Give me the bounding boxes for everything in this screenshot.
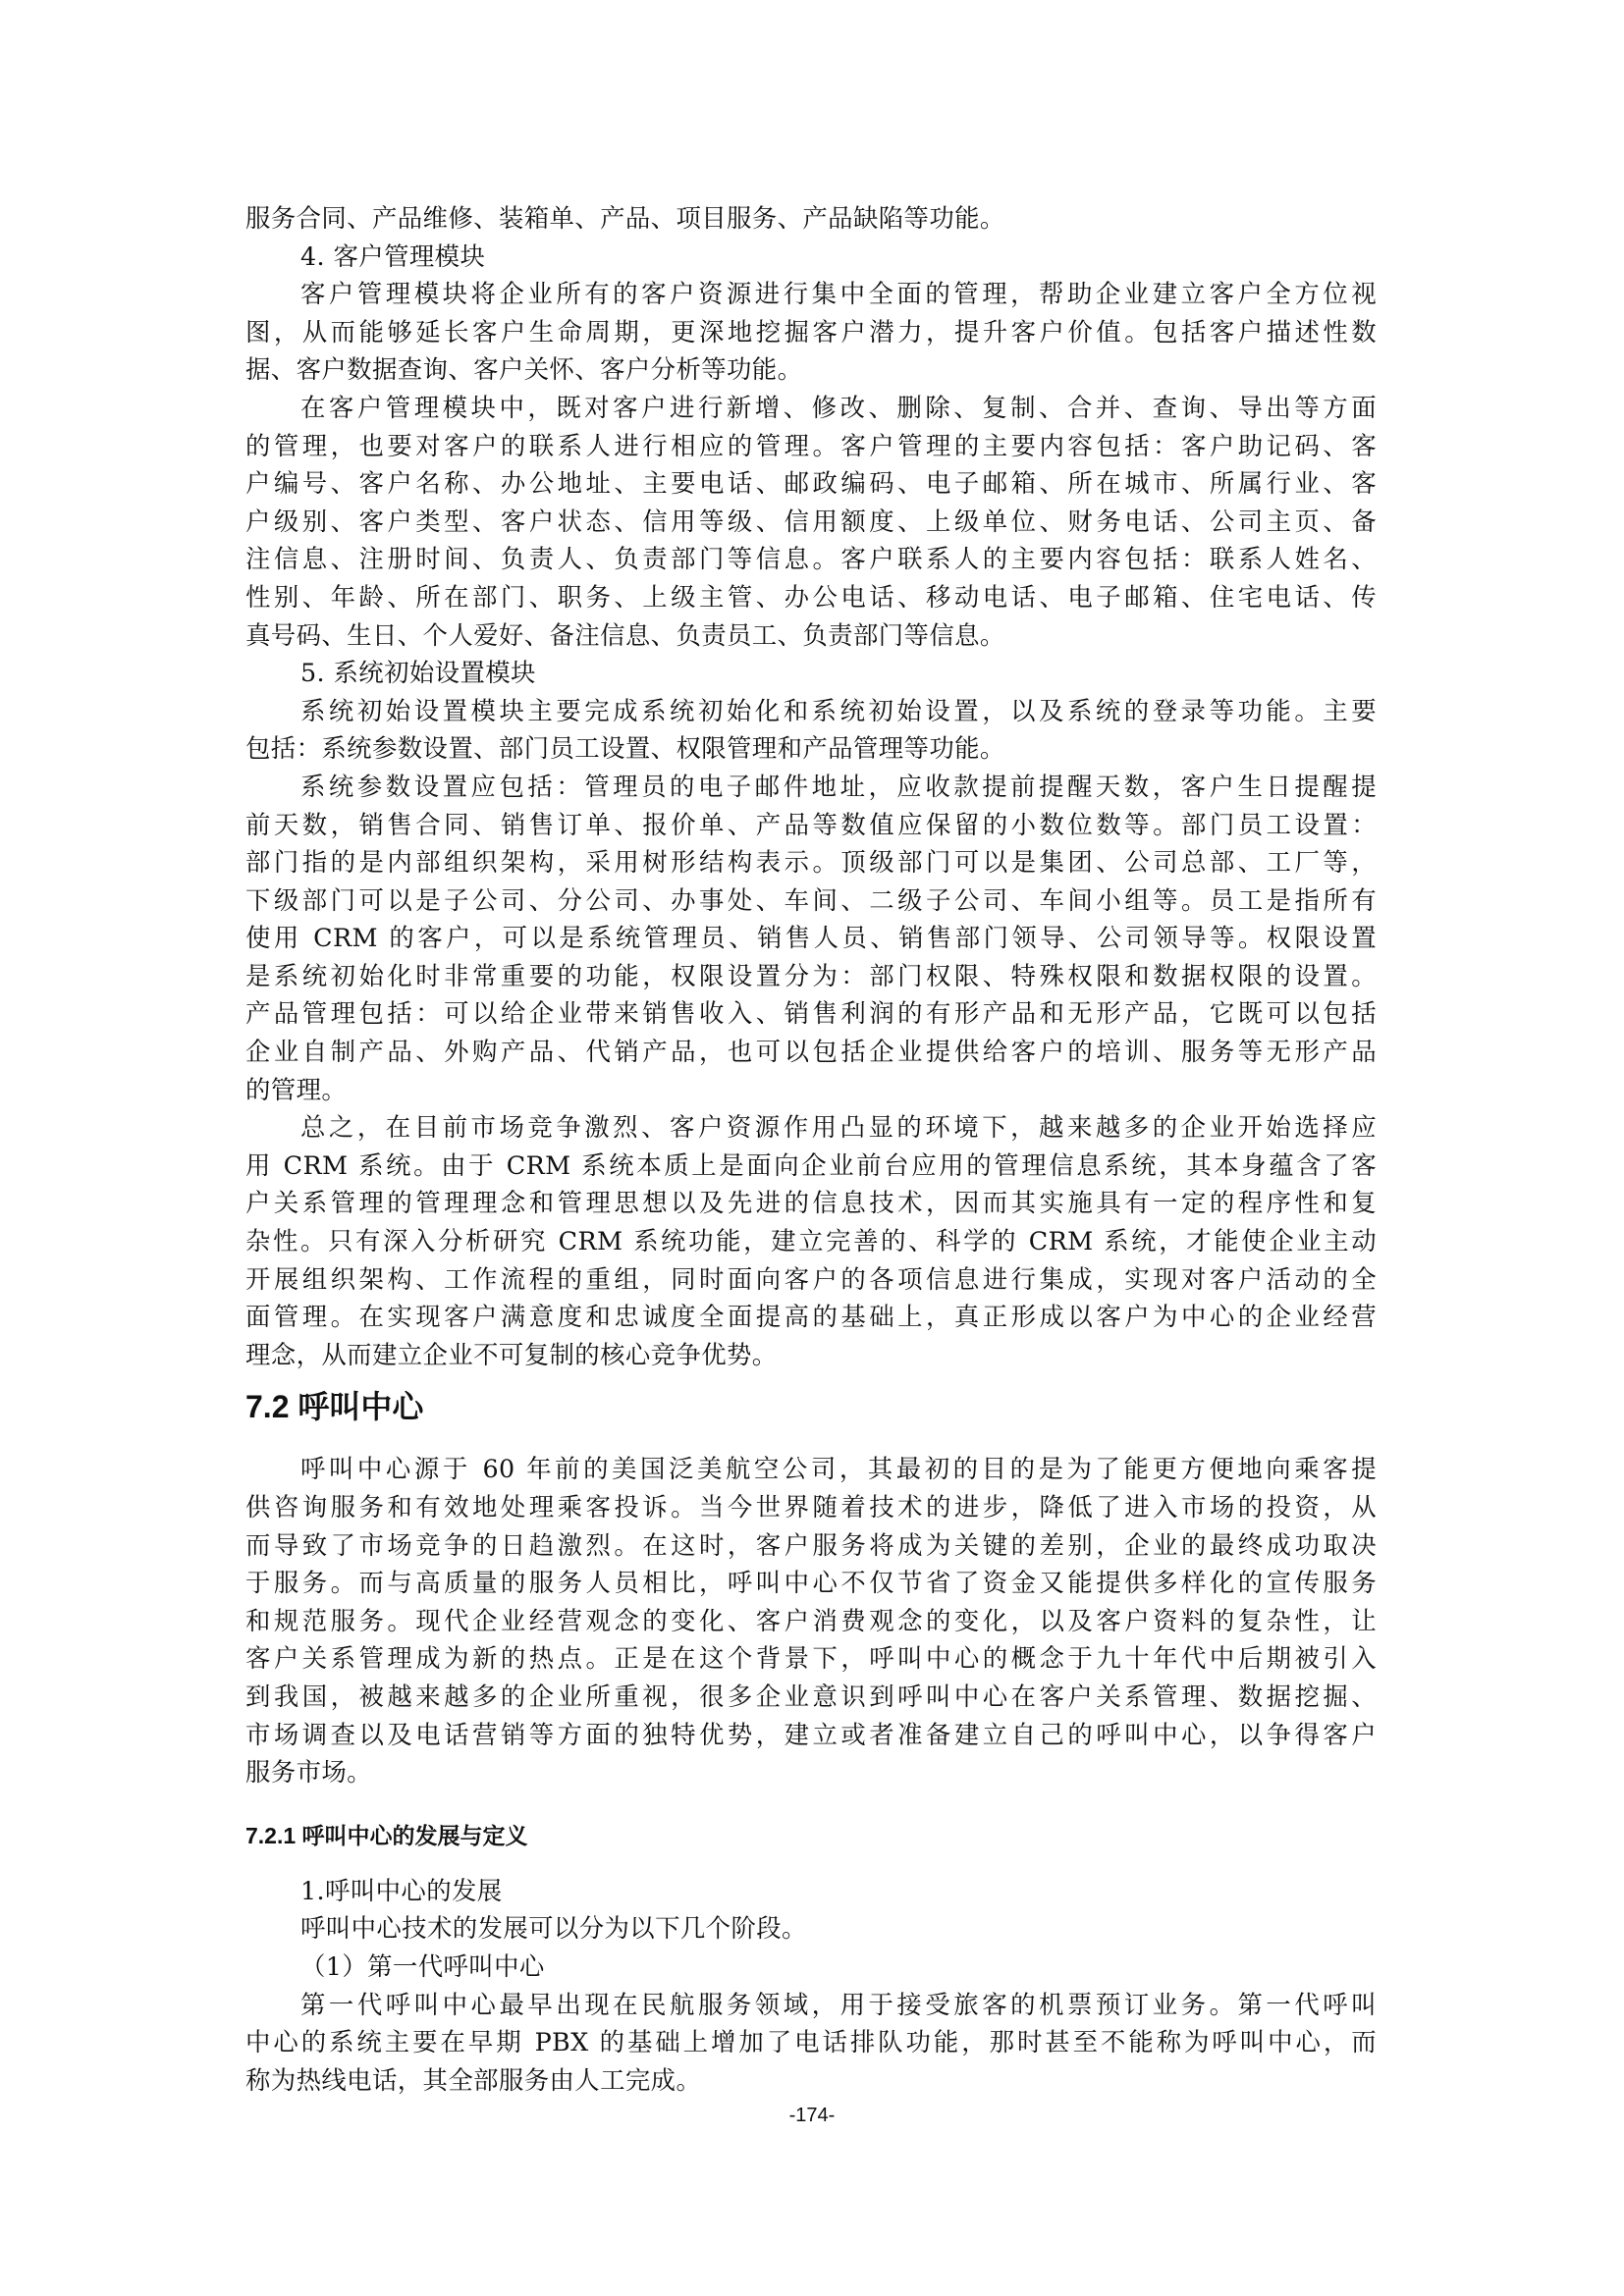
text-line: 户关系管理的管理理念和管理思想以及先进的信息技术，因而其实施具有一定的程序性和复 xyxy=(245,1184,1377,1222)
text-line: 的管理。 xyxy=(245,1071,1377,1109)
text-line: 真号码、生日、个人爱好、备注信息、负责员工、负责部门等信息。 xyxy=(245,616,1377,655)
text-line: 杂性。只有深入分析研究 CRM 系统功能，建立完善的、科学的 CRM 系统，才能… xyxy=(245,1222,1377,1260)
text-line: 企业自制产品、外购产品、代销产品，也可以包括企业提供给客户的培训、服务等无形产品 xyxy=(245,1033,1377,1071)
text-line: 注信息、注册时间、负责人、负责部门等信息。客户联系人的主要内容包括：联系人姓名、 xyxy=(245,540,1377,578)
text-line: 图，从而能够延长客户生命周期，更深地挖掘客户潜力，提升客户价值。包括客户描述性数 xyxy=(245,313,1377,351)
text-line: 5. 系统初始设置模块 xyxy=(245,654,1377,692)
text-line: 户编号、客户名称、办公地址、主要电话、邮政编码、电子邮箱、所在城市、所属行业、客 xyxy=(245,464,1377,503)
text-line: 呼叫中心源于 60 年前的美国泛美航空公司，其最初的目的是为了能更方便地向乘客提 xyxy=(245,1450,1377,1488)
text-line: 于服务。而与高质量的服务人员相比，呼叫中心不仅节省了资金又能提供多样化的宣传服务 xyxy=(245,1564,1377,1602)
text-line: 到我国，被越来越多的企业所重视，很多企业意识到呼叫中心在客户关系管理、数据挖掘、 xyxy=(245,1678,1377,1716)
text-line: 是系统初始化时非常重要的功能，权限设置分为：部门权限、特殊权限和数据权限的设置。 xyxy=(245,957,1377,995)
text-line: 和规范服务。现代企业经营观念的变化、客户消费观念的变化，以及客户资料的复杂性，让 xyxy=(245,1602,1377,1640)
text-line: 而导致了市场竞争的日趋激烈。在这时，客户服务将成为关键的差别，企业的最终成功取决 xyxy=(245,1526,1377,1565)
text-line: 性别、年龄、所在部门、职务、上级主管、办公电话、移动电话、电子邮箱、住宅电话、传 xyxy=(245,578,1377,616)
heading-7-2-1: 7.2.1 呼叫中心的发展与定义 xyxy=(245,1821,1377,1850)
text-line: 户级别、客户类型、客户状态、信用等级、信用额度、上级单位、财务电话、公司主页、备 xyxy=(245,503,1377,541)
section-call-center-intro: 呼叫中心源于 60 年前的美国泛美航空公司，其最初的目的是为了能更方便地向乘客提… xyxy=(245,1450,1377,1790)
text-line: 理念，从而建立企业不可复制的核心竞争优势。 xyxy=(245,1336,1377,1374)
text-line: 开展组织架构、工作流程的重组，同时面向客户的各项信息进行集成，实现对客户活动的全 xyxy=(245,1260,1377,1299)
text-line: 称为热线电话，其全部服务由人工完成。 xyxy=(245,2061,1377,2100)
text-line: 系统初始设置模块主要完成系统初始化和系统初始设置，以及系统的登录等功能。主要 xyxy=(245,692,1377,730)
section-call-center-development: 1.呼叫中心的发展呼叫中心技术的发展可以分为以下几个阶段。（1）第一代呼叫中心第… xyxy=(245,1872,1377,2100)
text-line: 客户管理模块将企业所有的客户资源进行集中全面的管理，帮助企业建立客户全方位视 xyxy=(245,275,1377,313)
text-line: 面管理。在实现客户满意度和忠诚度全面提高的基础上，真正形成以客户为中心的企业经营 xyxy=(245,1298,1377,1336)
text-line: 1.呼叫中心的发展 xyxy=(245,1872,1377,1910)
text-line: 下级部门可以是子公司、分公司、办事处、车间、二级子公司、车间小组等。员工是指所有 xyxy=(245,881,1377,920)
text-line: 第一代呼叫中心最早出现在民航服务领域，用于接受旅客的机票预订业务。第一代呼叫 xyxy=(245,1986,1377,2024)
text-line: 在客户管理模块中，既对客户进行新增、修改、删除、复制、合并、查询、导出等方面 xyxy=(245,389,1377,427)
text-line: 供咨询服务和有效地处理乘客投诉。当今世界随着技术的进步，降低了进入市场的投资，从 xyxy=(245,1488,1377,1526)
text-line: 使用 CRM 的客户，可以是系统管理员、销售人员、销售部门领导、公司领导等。权限… xyxy=(245,919,1377,957)
document-page: 服务合同、产品维修、装箱单、产品、项目服务、产品缺陷等功能。4. 客户管理模块客… xyxy=(245,199,1377,2099)
text-line: 用 CRM 系统。由于 CRM 系统本质上是面向企业前台应用的管理信息系统，其本… xyxy=(245,1147,1377,1185)
text-line: 总之，在目前市场竞争激烈、客户资源作用凸显的环境下，越来越多的企业开始选择应 xyxy=(245,1108,1377,1147)
text-line: 中心的系统主要在早期 PBX 的基础上增加了电话排队功能，那时甚至不能称为呼叫中… xyxy=(245,2023,1377,2061)
section-crm-modules: 服务合同、产品维修、装箱单、产品、项目服务、产品缺陷等功能。4. 客户管理模块客… xyxy=(245,199,1377,1373)
page-number: -174- xyxy=(0,2105,1624,2127)
text-line: 服务市场。 xyxy=(245,1753,1377,1791)
text-line: 客户关系管理成为新的热点。正是在这个背景下，呼叫中心的概念于九十年代中后期被引入 xyxy=(245,1639,1377,1678)
text-line: 市场调查以及电话营销等方面的独特优势，建立或者准备建立自己的呼叫中心，以争得客户 xyxy=(245,1716,1377,1754)
text-line: 前天数，销售合同、销售订单、报价单、产品等数值应保留的小数位数等。部门员工设置： xyxy=(245,806,1377,844)
text-line: 据、客户数据查询、客户关怀、客户分析等功能。 xyxy=(245,350,1377,389)
text-line: 部门指的是内部组织架构，采用树形结构表示。顶级部门可以是集团、公司总部、工厂等， xyxy=(245,843,1377,881)
text-line: 的管理，也要对客户的联系人进行相应的管理。客户管理的主要内容包括：客户助记码、客 xyxy=(245,427,1377,465)
text-line: 包括：系统参数设置、部门员工设置、权限管理和产品管理等功能。 xyxy=(245,729,1377,768)
text-line: 4. 客户管理模块 xyxy=(245,238,1377,276)
text-line: 呼叫中心技术的发展可以分为以下几个阶段。 xyxy=(245,1909,1377,1948)
text-line: 产品管理包括：可以给企业带来销售收入、销售利润的有形产品和无形产品，它既可以包括 xyxy=(245,994,1377,1033)
heading-7-2: 7.2 呼叫中心 xyxy=(245,1387,1377,1426)
text-line: 服务合同、产品维修、装箱单、产品、项目服务、产品缺陷等功能。 xyxy=(245,199,1377,238)
text-line: （1）第一代呼叫中心 xyxy=(245,1948,1377,1986)
text-line: 系统参数设置应包括：管理员的电子邮件地址，应收款提前提醒天数，客户生日提醒提 xyxy=(245,768,1377,806)
